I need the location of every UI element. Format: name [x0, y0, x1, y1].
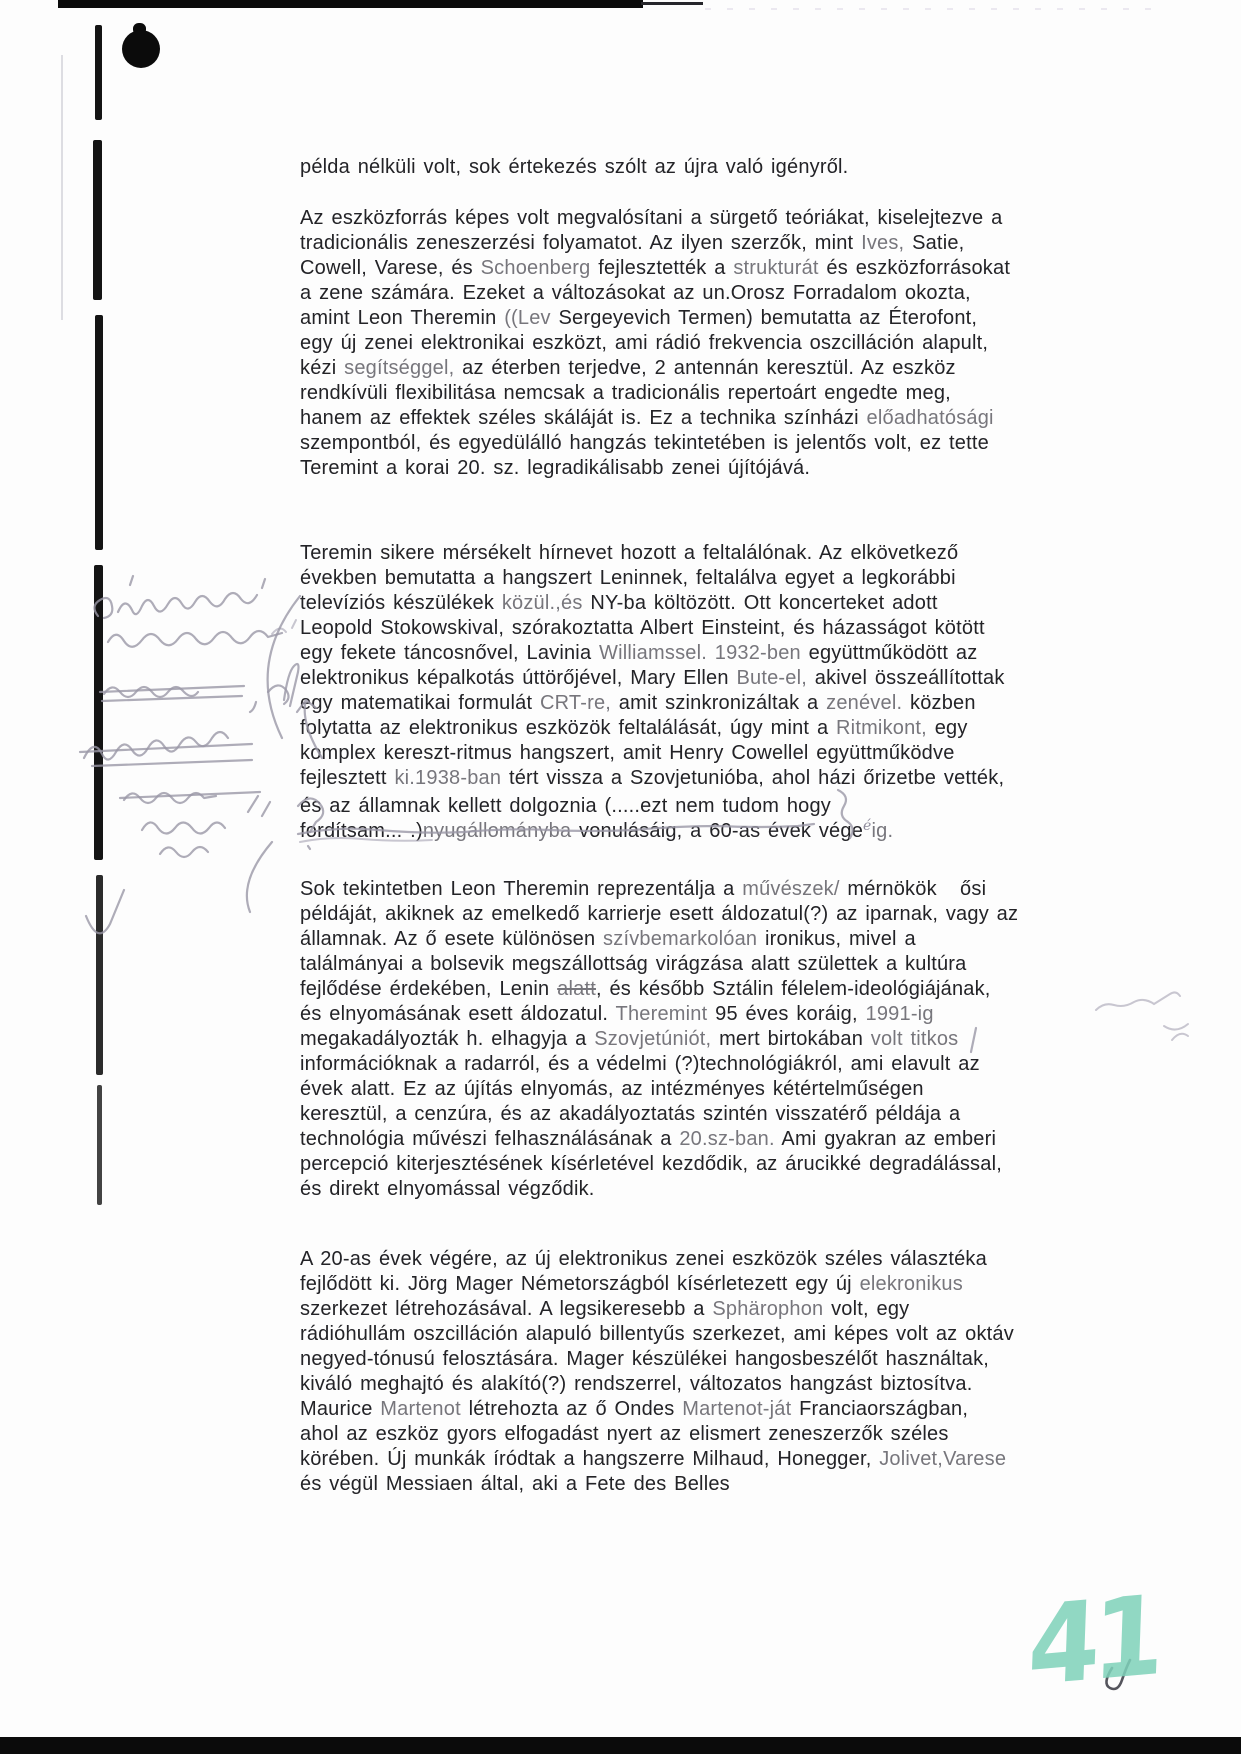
text-line: komplex kereszt-ritmus hangszert, amit H…: [300, 741, 1040, 766]
scanned-document-page: példa nélküli volt, sok értekezés szólt …: [0, 0, 1241, 1754]
text-line: Az eszközforrás képes volt megvalósítani…: [300, 206, 1040, 231]
scan-edge-left-segment: [97, 1085, 102, 1205]
hole-punch-mark: [122, 30, 160, 68]
text-line: egy matematikai formulát CRT-re, amit sz…: [300, 691, 1040, 716]
text-line: folytatta az elektronikus eszközök felta…: [300, 716, 1040, 741]
handwritten-page-number: 41: [1026, 1571, 1159, 1711]
scan-edge-left-segment: [96, 875, 103, 1075]
text-line: a zene számára. Ezeket a változásokat az…: [300, 281, 1040, 306]
text-line: kiváló meghajtó és alakító(?) rendszerre…: [300, 1372, 1040, 1397]
body-paragraph: és az államnak kellett dolgoznia (.....e…: [300, 794, 1040, 844]
margin-note-cursive-3: [80, 732, 252, 766]
text-line: Teremint a korai 20. sz. legradikálisabb…: [300, 456, 1040, 481]
text-line: tradicionális zeneszerzési folyamatot. A…: [300, 231, 1040, 256]
scan-edge-left-segment: [94, 565, 103, 860]
body-paragraph: példa nélküli volt, sok értekezés szólt …: [300, 155, 1040, 180]
text-line: percepció kiterjesztésének kísérletével …: [300, 1152, 1040, 1177]
body-paragraph: Az eszközforrás képes volt megvalósítani…: [300, 206, 1040, 481]
text-line: szerkezet létrehozásával. A legsikereseb…: [300, 1297, 1040, 1322]
scan-edge-top-bar-thin: [641, 2, 703, 5]
text-line: években bemutatta a hangszert Leninnek, …: [300, 566, 1040, 591]
text-line: ahol az eszköz gyors elfogadást nyert az…: [300, 1422, 1040, 1447]
text-line: elektronikus képalkotás úttörőjével, Mar…: [300, 666, 1040, 691]
scan-faint-left-line: [61, 55, 63, 320]
margin-note-cursive-4: [120, 792, 323, 857]
text-line: A 20-as évek végére, az új elektronikus …: [300, 1247, 1040, 1272]
scan-speckle-line: [705, 8, 1165, 10]
body-paragraph: Sok tekintetben Leon Theremin reprezentá…: [300, 877, 1040, 1202]
scan-edge-left-segment: [95, 25, 102, 120]
text-line: találmányai a bolsevik megszállottság vi…: [300, 952, 1040, 977]
body-paragraph: Teremin sikere mérsékelt hírnevet hozott…: [300, 541, 1040, 791]
text-line: rendkívüli flexibilitása nemcsak a tradi…: [300, 381, 1040, 406]
text-line: egy új zenei elektronikai eszközt, ami r…: [300, 331, 1040, 356]
text-line: Teremin sikere mérsékelt hírnevet hozott…: [300, 541, 1040, 566]
margin-connector-curves: [86, 596, 322, 933]
text-line: Leopold Stokowskival, szórakoztatta Albe…: [300, 616, 1040, 641]
text-line: Maurice Martenot létrehozta az ő Ondes M…: [300, 1397, 1040, 1422]
margin-note-cursive-2: [100, 664, 299, 712]
scan-edge-left-segment: [93, 140, 102, 300]
scan-edge-top-bar: [58, 0, 643, 8]
scan-edge-left-segment: [95, 315, 103, 550]
pencil-scribble-1991: [1096, 992, 1188, 1040]
text-line: negyed-tónusú felosztására. Mager készül…: [300, 1347, 1040, 1372]
text-line: amint Leon Theremin ((Lev Sergeyevich Te…: [300, 306, 1040, 331]
text-line: szempontból, és egyedülálló hangzás teki…: [300, 431, 1040, 456]
margin-note-cursive-1: [94, 576, 296, 647]
text-line: hanem az effektek széles skáláját is. Ez…: [300, 406, 1040, 431]
text-line: információknak a radarról, és a védelmi …: [300, 1052, 1040, 1077]
body-paragraph: A 20-as évek végére, az új elektronikus …: [300, 1247, 1040, 1497]
text-line: televíziós készülékek közül.,és NY-ba kö…: [300, 591, 1040, 616]
text-line: fejlődött ki. Jörg Mager Németországból …: [300, 1272, 1040, 1297]
text-line: megakadályozták h. elhagyja a Szovjetúni…: [300, 1027, 1040, 1052]
text-line: és elnyomásának esett áldozatul. Theremi…: [300, 1002, 1040, 1027]
text-line: fordítsam... .)nyugállományba vonulásáig…: [300, 819, 1040, 844]
text-line: és végül Messiaen által, aki a Fete des …: [300, 1472, 1040, 1497]
text-line: és direkt elnyomással végződik.: [300, 1177, 1040, 1202]
text-line: példáját, akiknek az emelkedő karrierje …: [300, 902, 1040, 927]
text-line: rádióhullám oszcilláción alapuló billent…: [300, 1322, 1040, 1347]
text-line: fejlesztett ki.1938-ban tért vissza a Sz…: [300, 766, 1040, 791]
text-line: fejlődése érdekében, Lenin alatt, és kés…: [300, 977, 1040, 1002]
text-line: Cowell, Varese, és Schoenberg fejlesztet…: [300, 256, 1040, 281]
text-line: és az államnak kellett dolgoznia (.....e…: [300, 794, 1040, 819]
text-line: technológia művészi felhasználásának a 2…: [300, 1127, 1040, 1152]
text-line: kézi segítséggel, az éterben terjedve, 2…: [300, 356, 1040, 381]
text-line: Sok tekintetben Leon Theremin reprezentá…: [300, 877, 1040, 902]
scan-edge-bottom-bar: [0, 1737, 1241, 1754]
text-line: egy fekete táncosnővel, Lavinia Williams…: [300, 641, 1040, 666]
text-line: körében. Új munkák íródtak a hangszerre …: [300, 1447, 1040, 1472]
text-line: évek alatt. Ez az újítás elnyomás, az in…: [300, 1077, 1040, 1102]
text-line: államnak. Az ő esete különösen szívbemar…: [300, 927, 1040, 952]
text-line: keresztül, a cenzúra, és az akadályoztat…: [300, 1102, 1040, 1127]
text-line: példa nélküli volt, sok értekezés szólt …: [300, 155, 1040, 180]
